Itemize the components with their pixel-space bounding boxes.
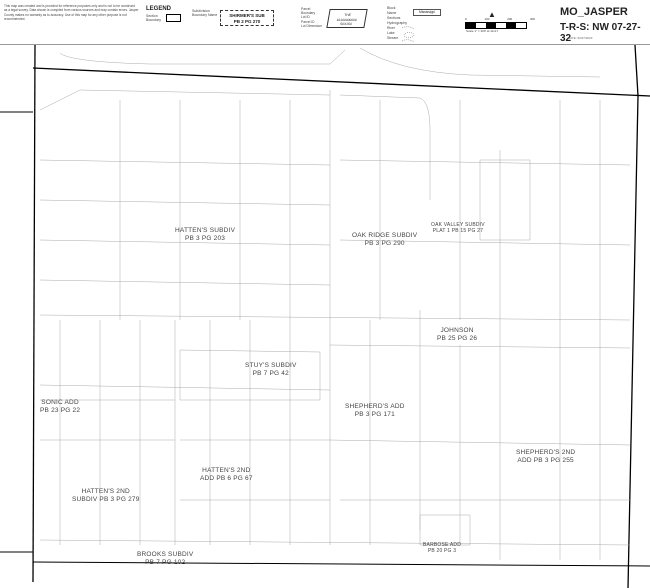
- township-range-section: T-R-S: NW 07-27-32: [560, 22, 650, 44]
- subdivision-label: SHEPHERD'S 2ND ADD PB 3 PG 255: [516, 449, 575, 465]
- subdivision-name: SONIC ADD: [40, 399, 80, 407]
- subdivision-boundary-label: Subdivision Boundary Name: [192, 9, 220, 17]
- subdivision-plat: PB 20 PG 3: [423, 548, 461, 554]
- map-title: MO_JASPER: [560, 6, 628, 18]
- subdivision-label: SHEPHERD'S ADD PB 3 PG 171: [345, 403, 405, 419]
- subdivision-example: SHIRMER'S SUB PB 2 PG 270: [220, 10, 274, 26]
- parcel-example-dim: 50X150: [328, 22, 365, 27]
- block-name-example: Mississippi: [413, 9, 441, 16]
- section-boundary-swatch: [166, 14, 181, 22]
- scale-bar: [465, 22, 527, 29]
- disclaimer-text: This map was created and is provided for…: [4, 4, 139, 21]
- subdivision-label: JOHNSON PB 25 PG 26: [437, 327, 477, 343]
- subdivision-plat: PB 3 PG 171: [345, 411, 405, 419]
- subdivision-name: STUY'S SUBDIV: [245, 362, 297, 370]
- subdivision-plat: PB 3 PG 203: [175, 235, 235, 243]
- subdivision-plat: SUBDIV PB 3 PG 279: [72, 496, 140, 504]
- subdivision-label: HATTEN'S 2ND SUBDIV PB 3 PG 279: [72, 488, 140, 504]
- subdivision-label: HATTEN'S 2ND ADD PB 6 PG 67: [200, 467, 253, 483]
- subdivision-label: BROOKS SUBDIV PB 7 PG 102: [137, 551, 193, 567]
- subdivision-name: BROOKS SUBDIV: [137, 551, 193, 559]
- subdivision-plat: PB 7 PG 42: [245, 370, 297, 378]
- subdivision-label: HATTEN'S SUBDIV PB 3 PG 203: [175, 227, 235, 243]
- hydrography-swatches-icon: [400, 25, 420, 43]
- subdivision-plat: PLAT 1 PB 15 PG 27: [431, 228, 485, 234]
- scale-text: Scale 1" = 300' at 11x17: [466, 29, 498, 33]
- subdivision-plat: PB 25 PG 26: [437, 335, 477, 343]
- subdivision-plat: PB 7 PG 102: [137, 559, 193, 567]
- subdivision-name: SHEPHERD'S 2ND: [516, 449, 575, 457]
- subdivision-label: OAK RIDGE SUBDIV PB 3 PG 290: [352, 232, 417, 248]
- scale-tick: 300: [530, 17, 535, 21]
- map-date: DATE: 02/27/2023: [568, 36, 592, 40]
- subdivision-name: JOHNSON: [437, 327, 477, 335]
- subdivision-name: OAK RIDGE SUBDIV: [352, 232, 417, 240]
- subdivision-plat: PB 23 PG 22: [40, 407, 80, 415]
- subdivision-label: BARBOSE ADD PB 20 PG 3: [423, 542, 461, 554]
- parcel-example: THE 16100000000 50X150: [326, 9, 367, 28]
- scale-ticks: 0 100 200 300: [465, 17, 535, 21]
- parcel-lines: [0, 45, 650, 588]
- legend-title: LEGEND: [146, 6, 171, 12]
- section-boundary-label: Section Boundary: [146, 14, 164, 22]
- subdivision-name: HATTEN'S 2ND: [72, 488, 140, 496]
- subdivision-label: OAK VALLEY SUBDIV PLAT 1 PB 15 PG 27: [431, 222, 485, 234]
- subdivision-plat: PB 3 PG 290: [352, 240, 417, 248]
- subdivision-plat: ADD PB 6 PG 67: [200, 475, 253, 483]
- subdivision-name: HATTEN'S SUBDIV: [175, 227, 235, 235]
- subdivision-label: STUY'S SUBDIV PB 7 PG 42: [245, 362, 297, 378]
- parcel-map[interactable]: HATTEN'S SUBDIV PB 3 PG 203 OAK RIDGE SU…: [0, 45, 650, 588]
- subdivision-plat: ADD PB 3 PG 255: [516, 457, 575, 465]
- map-header: This map was created and is provided for…: [0, 0, 650, 45]
- subdivision-example-plat: PB 2 PG 270: [221, 19, 273, 25]
- subdivision-label: SONIC ADD PB 23 PG 22: [40, 399, 80, 415]
- subdivision-name: SHEPHERD'S ADD: [345, 403, 405, 411]
- scale-tick: 100: [484, 17, 489, 21]
- scale-tick: 200: [507, 17, 512, 21]
- subdivision-name: HATTEN'S 2ND: [200, 467, 253, 475]
- scale-tick: 0: [465, 17, 467, 21]
